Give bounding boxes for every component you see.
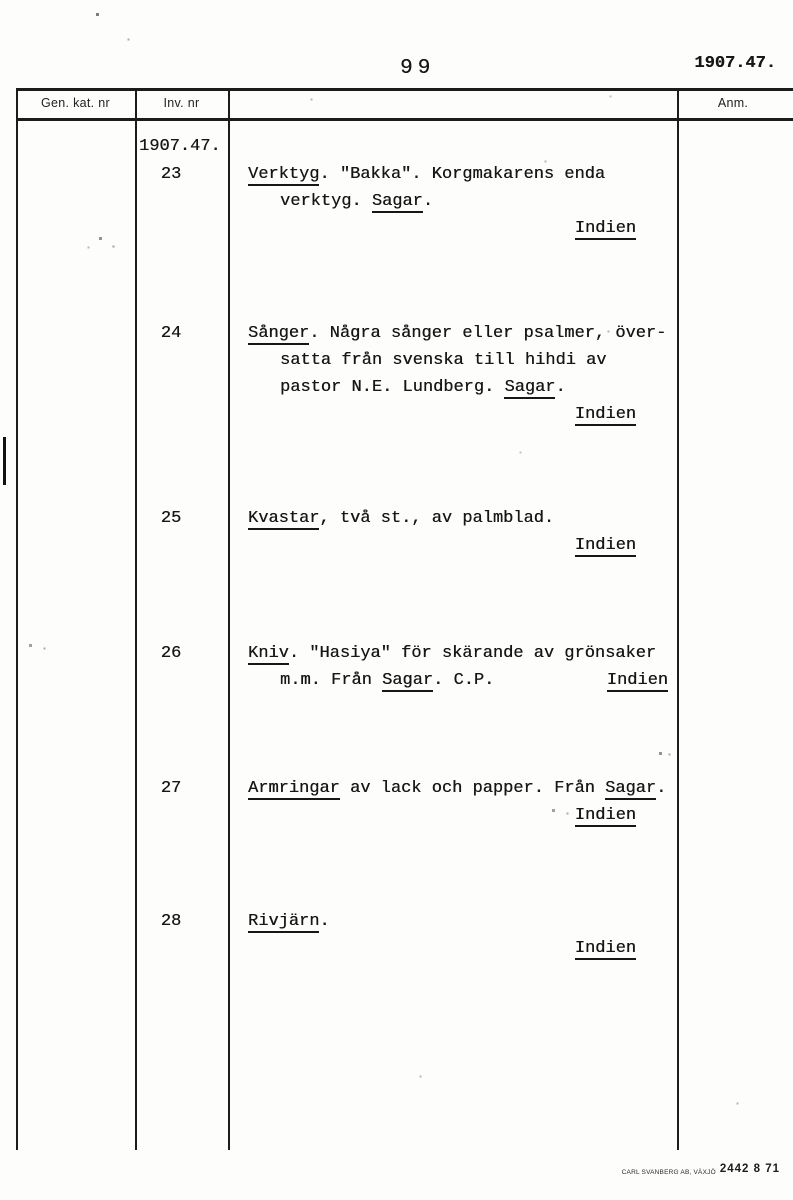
entry-text-line: Armringar av lack och papper. Från Sagar…: [248, 775, 678, 802]
page-number: 99: [400, 55, 435, 82]
text-segment: av lack och papper. Från: [340, 779, 605, 798]
entry-text-line: Indien: [248, 401, 678, 428]
underlined-term: Indien: [575, 405, 636, 426]
underlined-term: Sagar: [382, 671, 433, 692]
column-header-anm: Anm.: [677, 96, 789, 110]
entry-text-line: Indien: [248, 802, 678, 829]
entry-text-line: Kniv. "Hasiya" för skärande av grönsaker: [248, 640, 678, 667]
text-segment: m.m. Från: [280, 671, 382, 690]
entry-text-line: Indien: [248, 532, 678, 559]
doc-number: 1907.47.: [694, 50, 776, 77]
table-border-left: [16, 88, 18, 1150]
text-segment: .: [555, 378, 565, 397]
entry-text-line: Sånger. Några sånger eller psalmer, över…: [248, 320, 678, 347]
entry-text-line: m.m. Från Sagar. C.P.Indien: [248, 667, 710, 694]
text-segment: pastor N.E. Lundberg.: [280, 378, 504, 397]
text-segment: satta från svenska till hihdi av: [280, 351, 606, 370]
printer-imprint: CARL SVANBERG AB, VÄXJÖ 2442 8 71: [622, 1164, 780, 1176]
printer-name: CARL SVANBERG AB, VÄXJÖ: [622, 1169, 716, 1176]
text-segment: . "Hasiya" för skärande av grönsaker: [289, 644, 656, 663]
entry-text-line: satta från svenska till hihdi av: [248, 347, 710, 374]
text-segment: . C.P.: [433, 671, 494, 690]
inv-nr: 28: [135, 908, 207, 935]
text-segment: .: [319, 912, 329, 931]
text-segment: .: [656, 779, 666, 798]
underlined-term: Indien: [607, 671, 668, 692]
entry-text-line: Indien: [248, 215, 678, 242]
underlined-term: Sagar: [504, 378, 555, 399]
text-segment: .: [423, 192, 433, 211]
inv-nr: 25: [135, 505, 207, 532]
entry-text-line: Kvastar, två st., av palmblad.: [248, 505, 678, 532]
accession-group-number: 1907.47.: [139, 133, 221, 160]
underlined-term: Sånger: [248, 324, 309, 345]
text-segment: . "Bakka". Korgmakarens enda: [319, 165, 605, 184]
underlined-term: Indien: [575, 536, 636, 557]
place-label: Indien: [607, 667, 668, 694]
underlined-term: Sagar: [605, 779, 656, 800]
entry-text-line: Verktyg. "Bakka". Korgmakarens enda: [248, 161, 678, 188]
underlined-term: Rivjärn: [248, 912, 319, 933]
entry-text-line: Indien: [248, 935, 678, 962]
underlined-term: Verktyg: [248, 165, 319, 186]
underlined-term: Kniv: [248, 644, 289, 665]
column-divider-anm: [677, 88, 679, 1150]
inv-nr: 24: [135, 320, 207, 347]
inv-nr: 23: [135, 161, 207, 188]
inv-nr: 26: [135, 640, 207, 667]
inv-nr: 27: [135, 775, 207, 802]
entry-text-line: pastor N.E. Lundberg. Sagar.: [248, 374, 710, 401]
text-segment: verktyg.: [280, 192, 372, 211]
underlined-term: Indien: [575, 806, 636, 827]
underlined-term: Indien: [575, 939, 636, 960]
underlined-term: Indien: [575, 219, 636, 240]
text-segment: . Några sånger eller psalmer, över-: [309, 324, 666, 343]
scan-edge-mark: [3, 437, 6, 485]
underlined-term: Sagar: [372, 192, 423, 213]
underlined-term: Armringar: [248, 779, 340, 800]
printer-code: 2442 8 71: [720, 1164, 780, 1176]
entry-text-line: Rivjärn.: [248, 908, 678, 935]
column-header-gen-kat-nr: Gen. kat. nr: [16, 96, 135, 110]
column-divider-inv-nr: [228, 88, 230, 1150]
scan-noise: [0, 0, 1, 1]
text-segment: , två st., av palmblad.: [319, 509, 554, 528]
underlined-term: Kvastar: [248, 509, 319, 530]
catalog-page: 99 1907.47. Gen. kat. nr Inv. nr Anm. 19…: [0, 0, 793, 1200]
entry-text-line: verktyg. Sagar.: [248, 188, 710, 215]
column-divider-gen-kat: [135, 88, 137, 1150]
column-header-inv-nr: Inv. nr: [135, 96, 228, 110]
